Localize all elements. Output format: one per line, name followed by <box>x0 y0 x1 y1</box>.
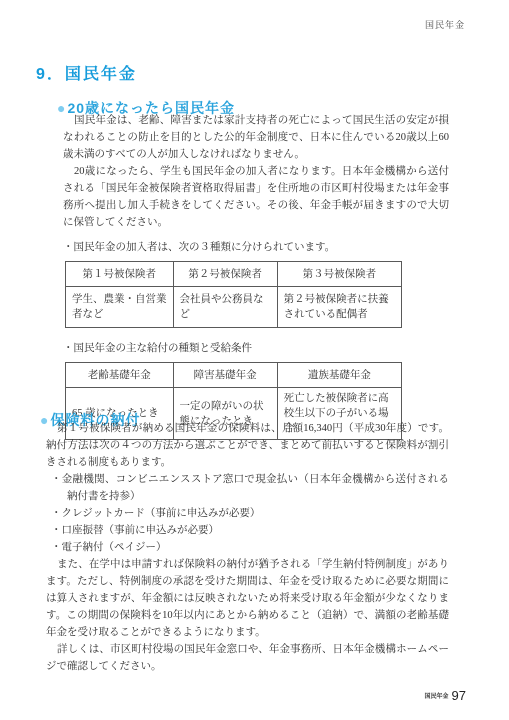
table-header-cell: 障害基礎年金 <box>173 363 277 388</box>
footer-section-label: 国民年金 <box>425 691 449 700</box>
table-header-row: 老齢基礎年金 障害基礎年金 遺族基礎年金 <box>66 363 402 388</box>
table-header-row: 第１号被保険者 第２号被保険者 第３号被保険者 <box>66 262 402 287</box>
paragraph: 20歳になったら、学生も国民年金の加入者になります。日本年金機構から送付される「… <box>63 163 449 231</box>
table-header-cell: 老齢基礎年金 <box>66 363 174 388</box>
table-cell: 会社員や公務員など <box>173 287 277 328</box>
list-item: ・口座振替（事前に申込みが必要） <box>46 522 449 539</box>
list-item: ・電子納付（ペイジー） <box>46 539 449 556</box>
page-number: 97 <box>452 688 466 703</box>
list-item: ・クレジットカード（事前に申込みが必要） <box>46 505 449 522</box>
paragraph: 詳しくは、市区町村役場の国民年金窓口や、年金事務所、日本年金機構ホームページで確… <box>46 641 449 675</box>
table-cell: 第２号被保険者に扶養されている配偶者 <box>277 287 401 328</box>
page-footer: 国民年金 97 <box>425 688 466 703</box>
table-1-caption: ・国民年金の加入者は、次の３種類に分けられています。 <box>63 239 449 256</box>
document-page: 国民年金 9．国民年金 ●20歳になったら国民年金 国民年金は、老齢、障害または… <box>0 0 509 720</box>
section-1-body: 国民年金は、老齢、障害または家計支持者の死亡によって国民生活の安定が損なわれるこ… <box>63 112 449 452</box>
chapter-title: 9．国民年金 <box>36 61 137 84</box>
table-2-caption: ・国民年金の主な給付の種類と受給条件 <box>63 340 449 357</box>
section-2-body: 第１号被保険者が納める国民年金の保険料は、月額16,340円（平成30年度）です… <box>46 420 449 675</box>
running-header: 国民年金 <box>425 18 465 31</box>
paragraph: 国民年金は、老齢、障害または家計支持者の死亡によって国民生活の安定が損なわれるこ… <box>63 112 449 163</box>
insured-types-table: 第１号被保険者 第２号被保険者 第３号被保険者 学生、農業・自営業者など 会社員… <box>65 261 402 328</box>
payment-methods-list: ・金融機関、コンビニエンスストア窓口で現金払い（日本年金機構から送付される納付書… <box>46 471 449 556</box>
paragraph: また、在学中は申請すれば保険料の納付が猶予される「学生納付特例制度」があります。… <box>46 556 449 641</box>
table-header-cell: 第２号被保険者 <box>173 262 277 287</box>
paragraph: 第１号被保険者が納める国民年金の保険料は、月額16,340円（平成30年度）です… <box>46 420 449 471</box>
table-header-cell: 第１号被保険者 <box>66 262 174 287</box>
table-row: 学生、農業・自営業者など 会社員や公務員など 第２号被保険者に扶養されている配偶… <box>66 287 402 328</box>
table-header-cell: 第３号被保険者 <box>277 262 401 287</box>
table-header-cell: 遺族基礎年金 <box>277 363 401 388</box>
list-item: ・金融機関、コンビニエンスストア窓口で現金払い（日本年金機構から送付される納付書… <box>46 471 449 505</box>
table-cell: 学生、農業・自営業者など <box>66 287 174 328</box>
